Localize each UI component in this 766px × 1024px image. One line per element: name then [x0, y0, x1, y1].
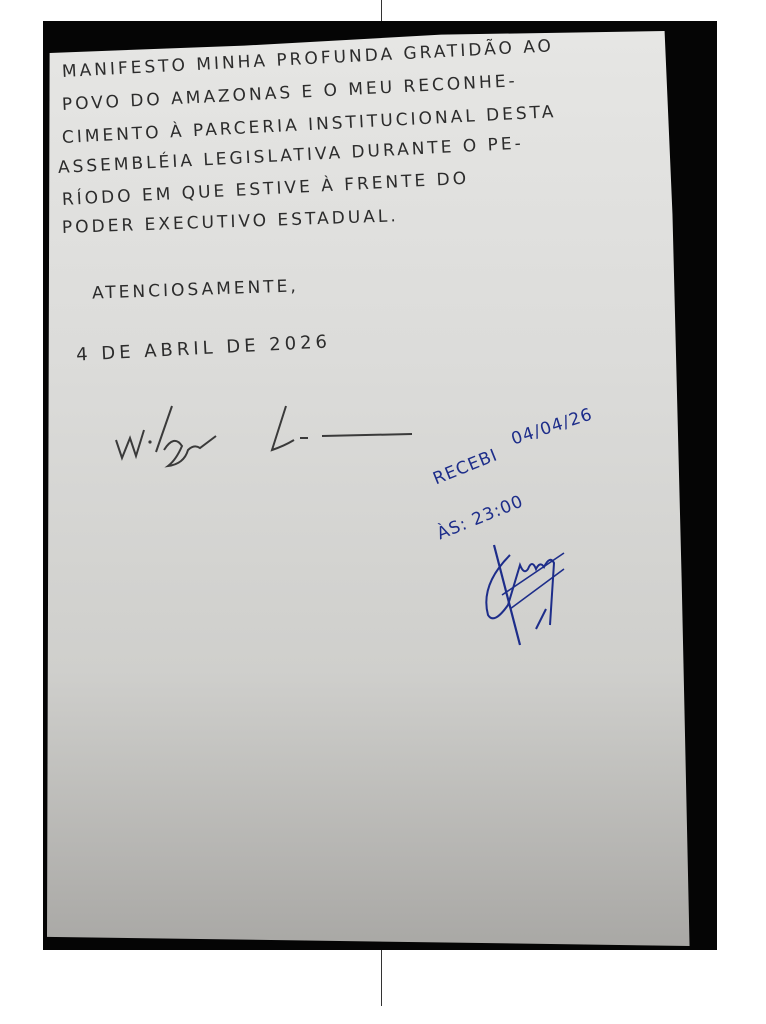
author-signature [112, 400, 422, 470]
crop-mark-bottom [381, 950, 382, 1006]
receiver-signature [480, 525, 570, 650]
crop-mark-top [381, 0, 382, 22]
